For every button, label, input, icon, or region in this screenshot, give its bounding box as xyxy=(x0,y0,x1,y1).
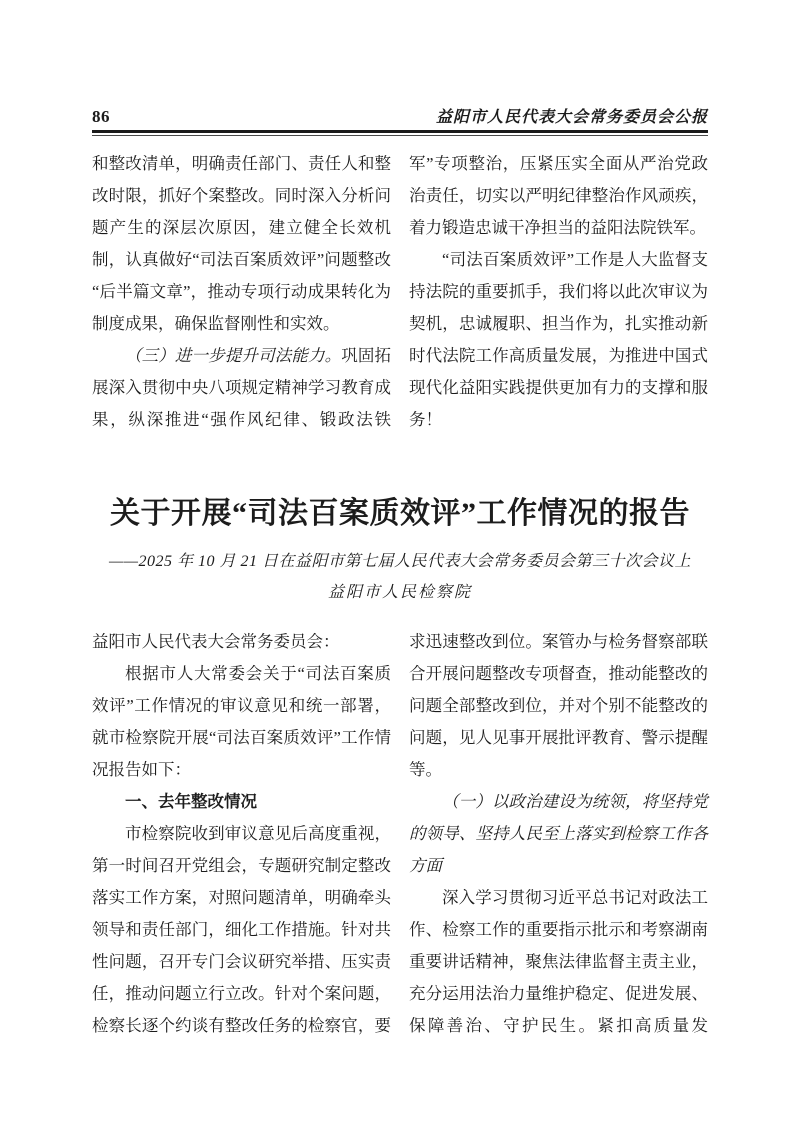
text-run-kai: （三）进一步提升司法能力。 xyxy=(125,346,341,365)
paragraph: （三）进一步提升司法能力。巩固拓展深入贯彻中央八项规定精神学习教育成果，纵深推进… xyxy=(92,340,391,436)
text-run-normal: 军”专项整治，压紧压实全面从严治党政治责任，切实以严明纪律整治作风顽疾，着力锻造… xyxy=(409,154,708,237)
previous-article-continuation: 和整改清单，明确责任部门、责任人和整改时限，抓好个案整改。同时深入分析问题产生的… xyxy=(92,148,708,436)
header-rule xyxy=(92,130,708,136)
text-run-kai: （一）以政治建设为统领，将坚持党的领导、坚持人民至上落实到检察工作各方面 xyxy=(409,792,708,875)
text-run-normal: “司法百案质效评”工作是人大监督支持法院的重要抓手，我们将以此次审议为契机，忠诚… xyxy=(409,250,708,429)
paragraph: 一、去年整改情况 xyxy=(92,786,391,818)
text-run-hei: 一、去年整改情况 xyxy=(125,793,257,811)
top-left-column: 和整改清单，明确责任部门、责任人和整改时限，抓好个案整改。同时深入分析问题产生的… xyxy=(92,148,391,436)
paragraph: 根据市人大常委会关于“司法百案质效评”工作情况的审议意见和统一部署，就市检察院开… xyxy=(92,658,391,786)
article-author: 益阳市人民检察院 xyxy=(92,579,708,602)
text-run-normal: 根据市人大常委会关于“司法百案质效评”工作情况的审议意见和统一部署，就市检察院开… xyxy=(92,664,391,779)
running-header: 86 益阳市人民代表大会常务委员会公报 xyxy=(92,104,708,127)
paragraph: （一）以政治建设为统领，将坚持党的领导、坚持人民至上落实到检察工作各方面 xyxy=(409,786,708,882)
article-title: 关于开展“司法百案质效评”工作情况的报告 xyxy=(92,488,708,532)
text-run-normal: 和整改清单，明确责任部门、责任人和整改时限，抓好个案整改。同时深入分析问题产生的… xyxy=(92,154,391,333)
publication-title: 益阳市人民代表大会常务委员会公报 xyxy=(436,104,708,127)
page-number: 86 xyxy=(92,107,110,127)
paragraph: 军”专项整治，压紧压实全面从严治党政治责任，切实以严明纪律整治作风顽疾，着力锻造… xyxy=(409,148,708,244)
text-run-normal: 求迅速整改到位。案管办与检务督察部联合开展问题整改专项督查，推动能整改的问题全部… xyxy=(409,632,708,779)
paragraph: 深入学习贯彻习近平总书记对政法工作、检察工作的重要指示批示和考察湖南重要讲话精神… xyxy=(409,882,708,1042)
bulletin-page: 86 益阳市人民代表大会常务委员会公报 和整改清单，明确责任部门、责任人和整改时… xyxy=(0,0,794,1122)
header-rule-thin-line xyxy=(92,135,708,136)
top-right-column: 军”专项整治，压紧压实全面从严治党政治责任，切实以严明纪律整治作风顽疾，着力锻造… xyxy=(409,148,708,436)
text-run-normal: 益阳市人民代表大会常务委员会： xyxy=(92,632,340,651)
paragraph: 市检察院收到审议意见后高度重视，第一时间召开党组会，专题研究制定整改落实工作方案… xyxy=(92,818,391,1042)
paragraph: “司法百案质效评”工作是人大监督支持法院的重要抓手，我们将以此次审议为契机，忠诚… xyxy=(409,244,708,436)
body-right-column: 求迅速整改到位。案管办与检务督察部联合开展问题整改专项督查，推动能整改的问题全部… xyxy=(409,626,708,1042)
paragraph: 求迅速整改到位。案管办与检务督察部联合开展问题整改专项督查，推动能整改的问题全部… xyxy=(409,626,708,786)
text-run-normal: 市检察院收到审议意见后高度重视，第一时间召开党组会，专题研究制定整改落实工作方案… xyxy=(92,824,391,1035)
text-run-normal: 深入学习贯彻习近平总书记对政法工作、检察工作的重要指示批示和考察湖南重要讲话精神… xyxy=(409,888,708,1035)
paragraph: 益阳市人民代表大会常务委员会： xyxy=(92,626,391,658)
body-left-column: 益阳市人民代表大会常务委员会：根据市人大常委会关于“司法百案质效评”工作情况的审… xyxy=(92,626,391,1042)
paragraph: 和整改清单，明确责任部门、责任人和整改时限，抓好个案整改。同时深入分析问题产生的… xyxy=(92,148,391,340)
article-subtitle: ——2025 年 10 月 21 日在益阳市第七届人民代表大会常务委员会第三十次… xyxy=(92,548,708,571)
article-body: 益阳市人民代表大会常务委员会：根据市人大常委会关于“司法百案质效评”工作情况的审… xyxy=(92,626,708,1042)
